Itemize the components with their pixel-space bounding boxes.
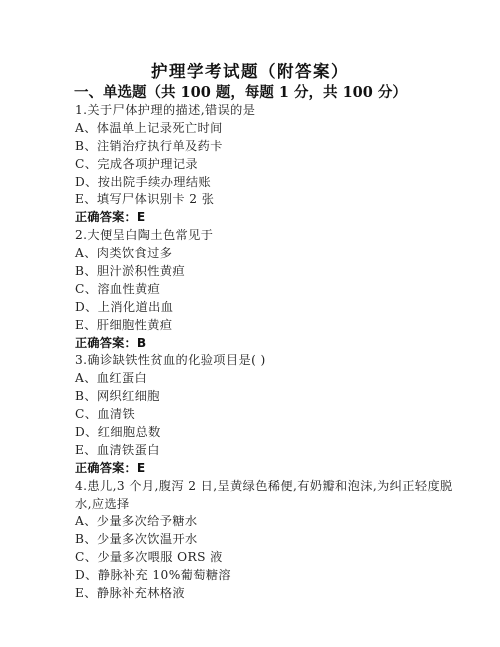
option-d: D、按出院手续办理结账 bbox=[75, 174, 435, 192]
option-a: A、体温单上记录死亡时间 bbox=[75, 120, 435, 138]
question-stem: 3.确诊缺铁性贫血的化验项目是( ) bbox=[75, 352, 435, 370]
question-4: 4.患儿,3 个月,腹泻 2 日,呈黄绿色稀便,有奶瓣和泡沫,为纠正轻度脱 水,… bbox=[75, 478, 435, 603]
question-1: 1.关于尸体护理的描述,错误的是 A、体温单上记录死亡时间 B、注销治疗执行单及… bbox=[75, 102, 435, 227]
option-c: C、少量多次喂服 ORS 液 bbox=[75, 549, 435, 567]
correct-answer: 正确答案：E bbox=[75, 209, 435, 227]
option-c: C、溶血性黄疸 bbox=[75, 281, 435, 299]
question-stem-line-2: 水,应选择 bbox=[75, 496, 435, 514]
document-page: 护理学考试题（附答案） 一、单选题（共 100 题，每题 1 分，共 100 分… bbox=[0, 0, 500, 647]
option-e: E、肝细胞性黄疸 bbox=[75, 317, 435, 335]
option-a: A、肉类饮食过多 bbox=[75, 245, 435, 263]
option-b: B、注销治疗执行单及药卡 bbox=[75, 138, 435, 156]
question-stem: 2.大便呈白陶土色常见于 bbox=[75, 227, 435, 245]
section-header: 一、单选题（共 100 题，每题 1 分，共 100 分） bbox=[74, 83, 407, 103]
option-b: B、少量多次饮温开水 bbox=[75, 531, 435, 549]
option-b: B、网织红细胞 bbox=[75, 388, 435, 406]
question-list: 1.关于尸体护理的描述,错误的是 A、体温单上记录死亡时间 B、注销治疗执行单及… bbox=[75, 102, 435, 603]
option-a: A、血红蛋白 bbox=[75, 370, 435, 388]
option-b: B、胆汁淤积性黄疸 bbox=[75, 263, 435, 281]
question-stem: 1.关于尸体护理的描述,错误的是 bbox=[75, 102, 435, 120]
question-2: 2.大便呈白陶土色常见于 A、肉类饮食过多 B、胆汁淤积性黄疸 C、溶血性黄疸 … bbox=[75, 227, 435, 352]
question-3: 3.确诊缺铁性贫血的化验项目是( ) A、血红蛋白 B、网织红细胞 C、血清铁 … bbox=[75, 352, 435, 477]
correct-answer: 正确答案：E bbox=[75, 460, 435, 478]
option-e: E、填写尸体识别卡 2 张 bbox=[75, 191, 435, 209]
question-stem-line-1: 4.患儿,3 个月,腹泻 2 日,呈黄绿色稀便,有奶瓣和泡沫,为纠正轻度脱 bbox=[75, 478, 435, 496]
document-title: 护理学考试题（附答案） bbox=[0, 61, 500, 83]
correct-answer: 正确答案：B bbox=[75, 335, 435, 353]
option-e: E、静脉补充林格液 bbox=[75, 585, 435, 603]
option-d: D、静脉补充 10%葡萄糖溶 bbox=[75, 567, 435, 585]
option-a: A、少量多次给予糖水 bbox=[75, 513, 435, 531]
option-c: C、血清铁 bbox=[75, 406, 435, 424]
option-e: E、血清铁蛋白 bbox=[75, 442, 435, 460]
option-d: D、上消化道出血 bbox=[75, 299, 435, 317]
option-c: C、完成各项护理记录 bbox=[75, 156, 435, 174]
option-d: D、红细胞总数 bbox=[75, 424, 435, 442]
